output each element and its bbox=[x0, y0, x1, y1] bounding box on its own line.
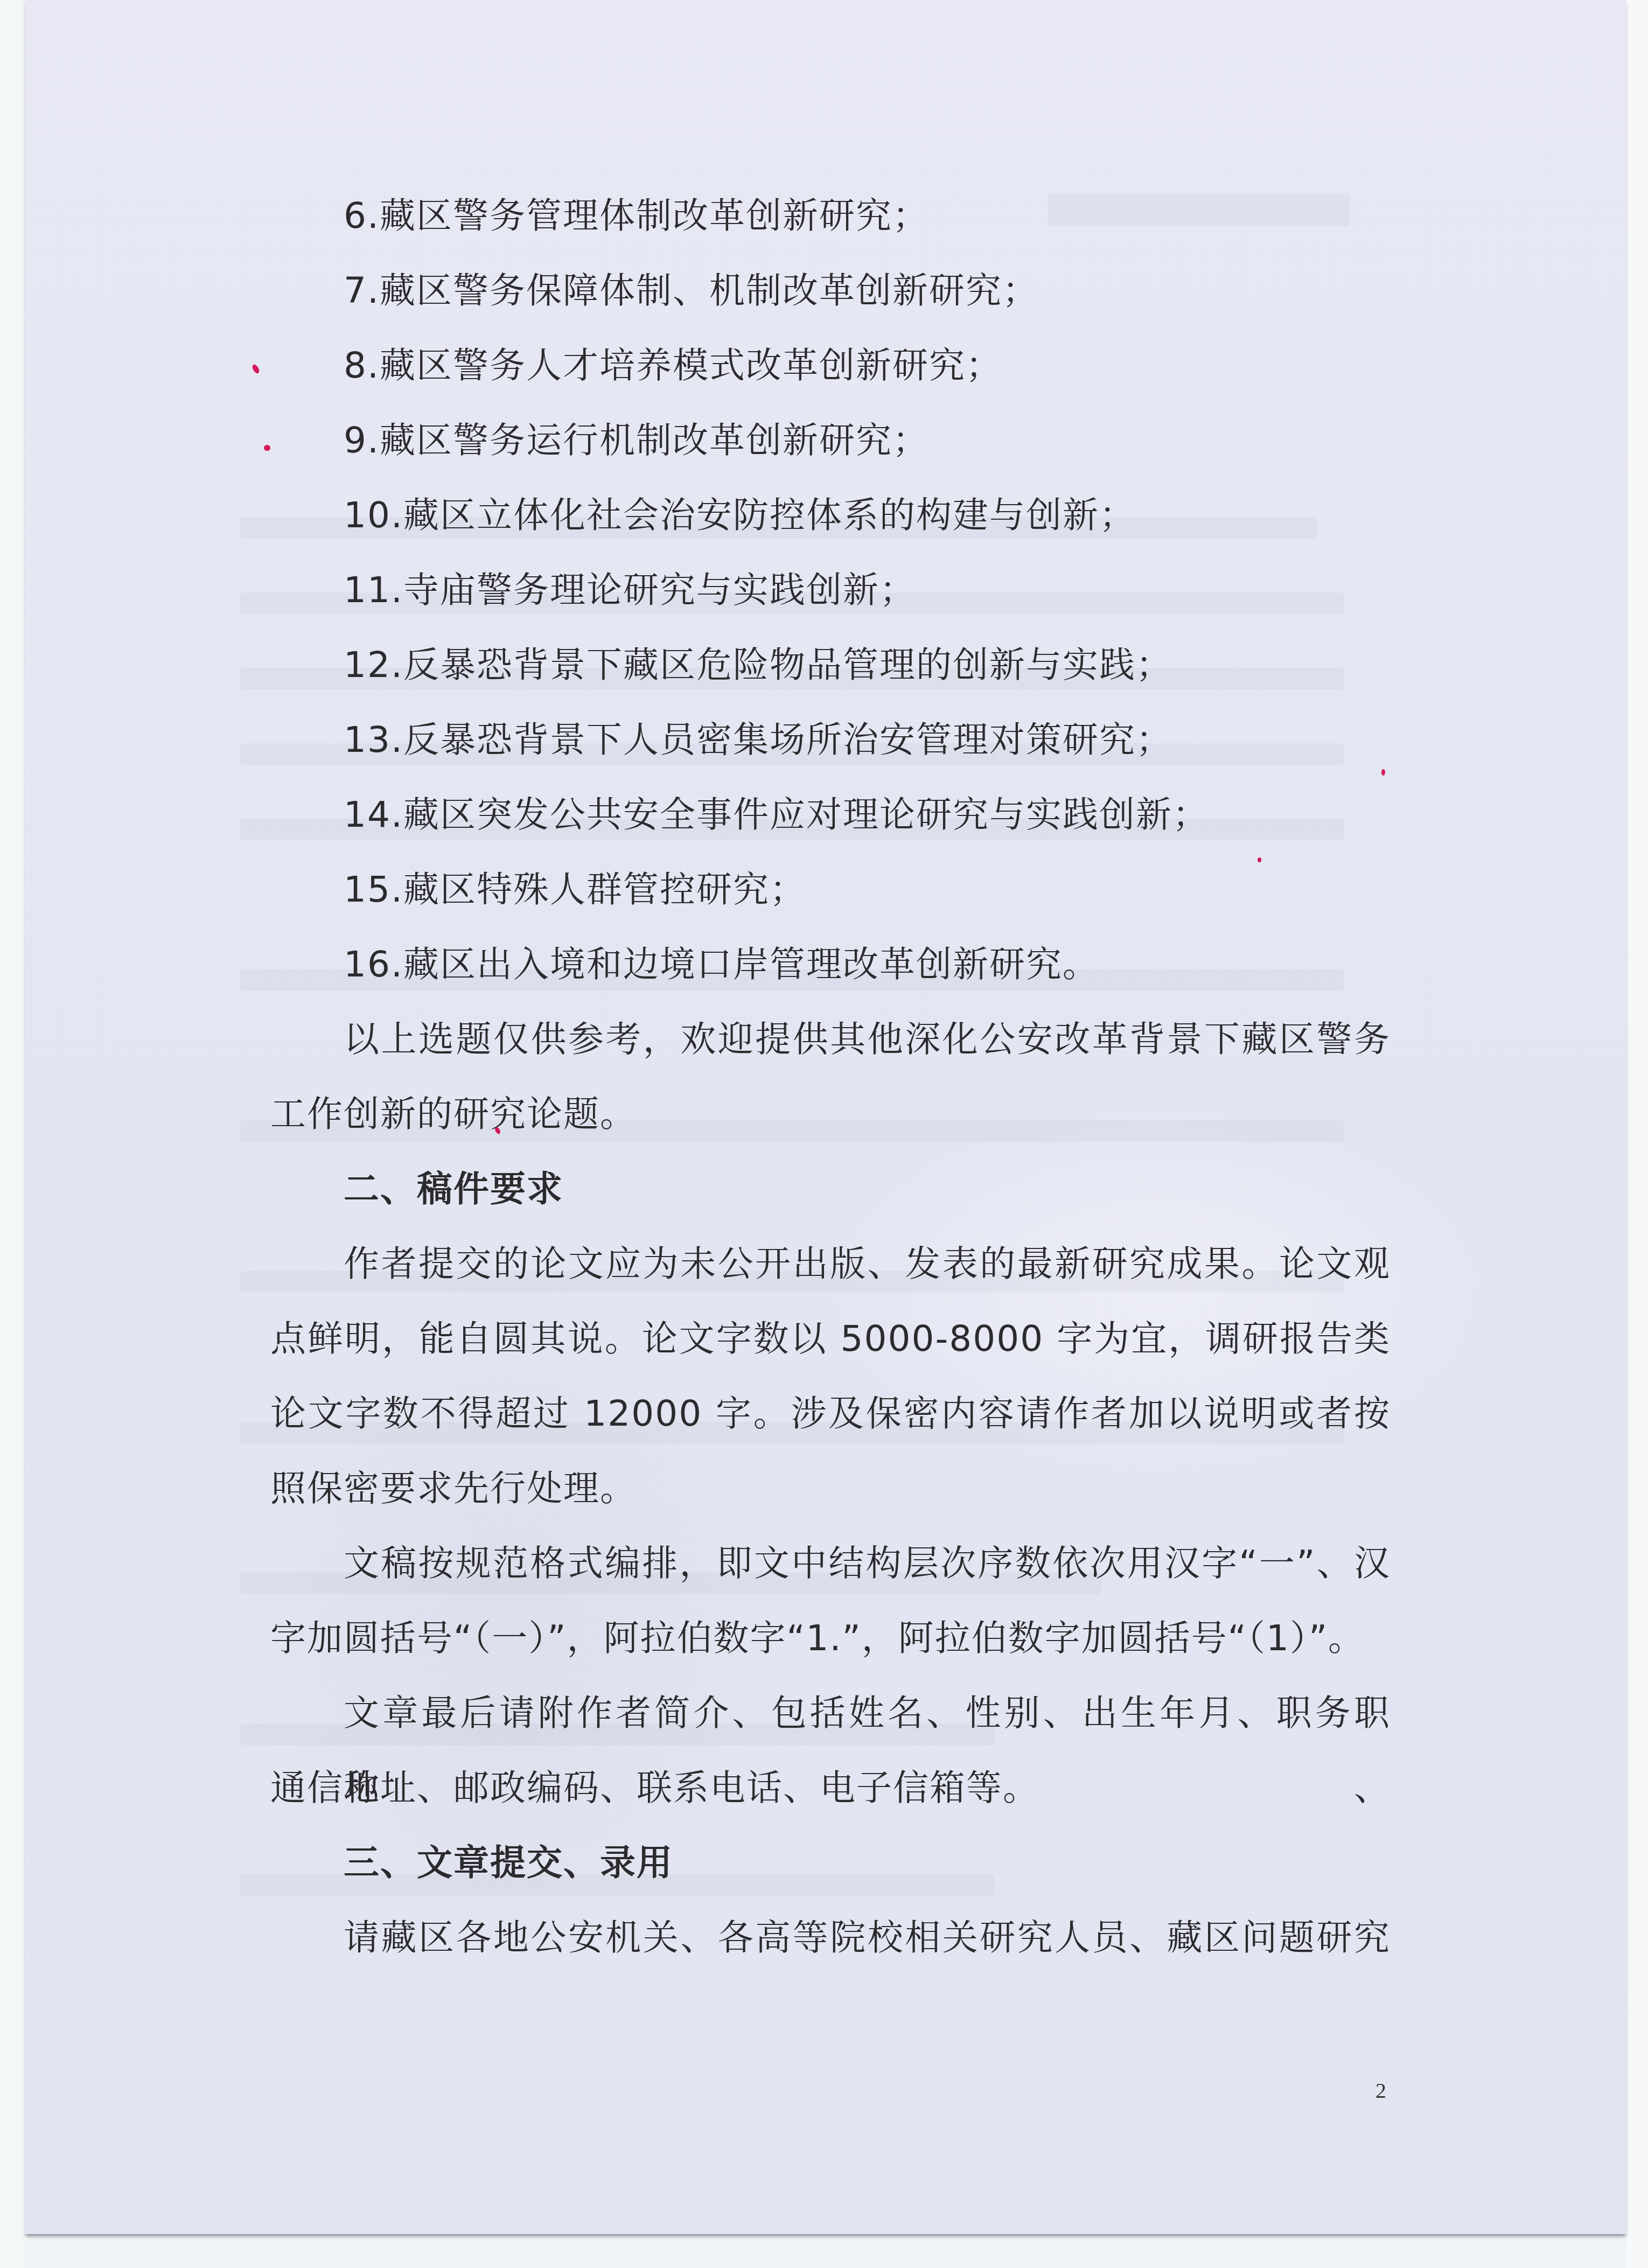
section-heading-submission-acceptance: 三、文章提交、录用 bbox=[270, 1825, 1391, 1900]
topic-item: 8.藏区警务人才培养模式改革创新研究； bbox=[270, 328, 1391, 403]
topic-item: 6.藏区警务管理体制改革创新研究； bbox=[270, 178, 1391, 253]
topic-note-line: 工作创新的研究论题。 bbox=[270, 1077, 1391, 1152]
topic-item: 9.藏区警务运行机制改革创新研究； bbox=[270, 403, 1391, 478]
scan-margin-right bbox=[1626, 0, 1648, 2268]
stray-ink-mark bbox=[264, 445, 270, 451]
topic-item: 11.寺庙警务理论研究与实践创新； bbox=[270, 553, 1391, 627]
topic-item: 10.藏区立体化社会治安防控体系的构建与创新； bbox=[270, 478, 1391, 553]
paragraph-line: 文稿按规范格式编排，即文中结构层次序数依次用汉字“一”、汉 bbox=[270, 1526, 1391, 1601]
topic-item: 12.反暴恐背景下藏区危险物品管理的创新与实践； bbox=[270, 627, 1391, 702]
paragraph-line: 论文字数不得超过 12000 字。涉及保密内容请作者加以说明或者按 bbox=[270, 1376, 1391, 1451]
topic-item: 15.藏区特殊人群管控研究； bbox=[270, 852, 1391, 927]
paragraph-line: 点鲜明，能自圆其说。论文字数以 5000-8000 字为宜，调研报告类 bbox=[270, 1301, 1391, 1376]
paragraph-line: 照保密要求先行处理。 bbox=[270, 1451, 1391, 1526]
document-body: 6.藏区警务管理体制改革创新研究； 7.藏区警务保障体制、机制改革创新研究； 8… bbox=[270, 178, 1391, 1975]
section-heading-manuscript-requirements: 二、稿件要求 bbox=[270, 1152, 1391, 1226]
topic-item: 13.反暴恐背景下人员密集场所治安管理对策研究； bbox=[270, 702, 1391, 777]
scan-margin-left bbox=[0, 0, 25, 2268]
paragraph-line: 请藏区各地公安机关、各高等院校相关研究人员、藏区问题研究 bbox=[270, 1900, 1391, 1975]
paragraph-line: 作者提交的论文应为未公开出版、发表的最新研究成果。论文观 bbox=[270, 1226, 1391, 1301]
page-number: 2 bbox=[1375, 2078, 1386, 2103]
topic-item: 7.藏区警务保障体制、机制改革创新研究； bbox=[270, 253, 1391, 328]
topic-item: 14.藏区突发公共安全事件应对理论研究与实践创新； bbox=[270, 777, 1391, 852]
paragraph-line: 字加圆括号“（一）”，阿拉伯数字“1.”，阿拉伯数字加圆括号“（1）”。 bbox=[270, 1601, 1391, 1676]
paragraph-line: 文章最后请附作者简介、包括姓名、性别、出生年月、职务职称、 bbox=[270, 1676, 1391, 1750]
topic-item: 16.藏区出入境和边境口岸管理改革创新研究。 bbox=[270, 927, 1391, 1002]
topic-note-line: 以上选题仅供参考，欢迎提供其他深化公安改革背景下藏区警务 bbox=[270, 1002, 1391, 1077]
